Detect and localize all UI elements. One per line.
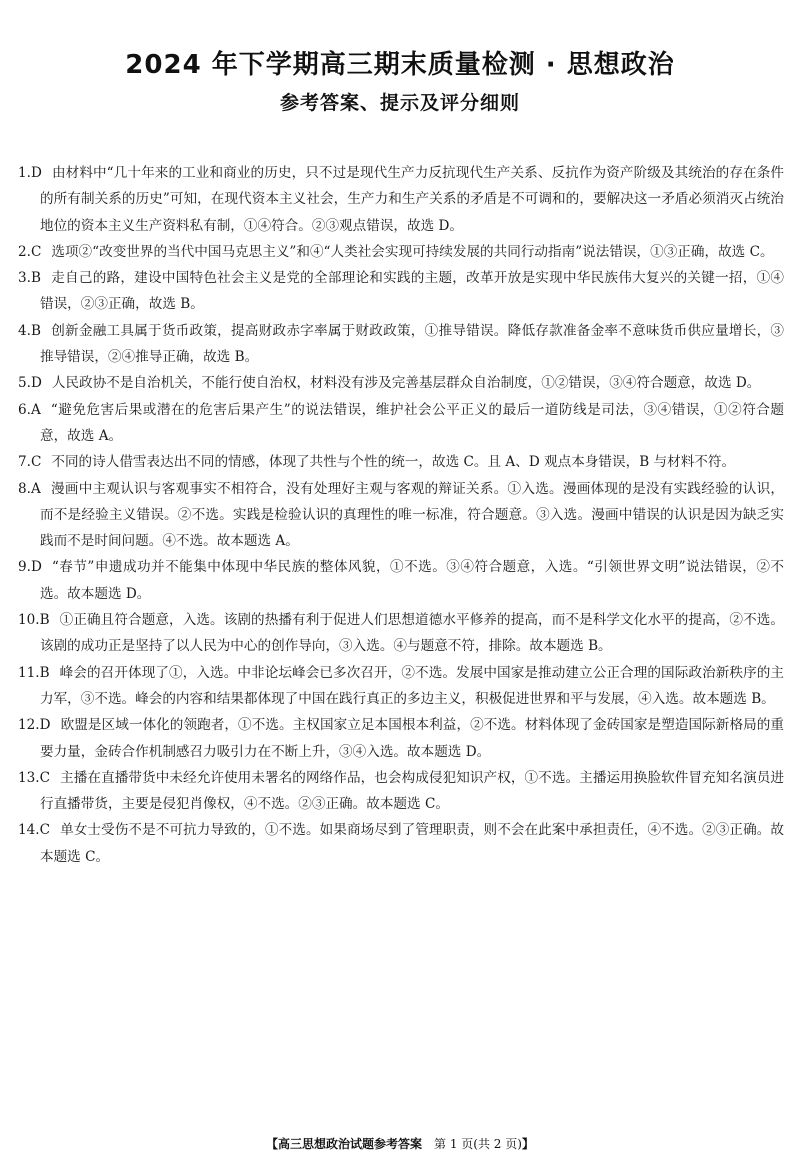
answer-item: 2.C选项②“改变世界的当代中国马克思主义”和④“人类社会实现可持续发展的共同行…: [18, 239, 784, 265]
answer-explanation: 峰会的召开体现了①，入选。中非论坛峰会已多次召开，②不选。发展中国家是推动建立公…: [40, 665, 784, 707]
answer-number: 12.D: [18, 712, 51, 738]
answer-item: 9.D“春节”申遗成功并不能集中体现中华民族的整体风貌，①不选。③④符合题意，入…: [18, 554, 784, 607]
answer-explanation: 人民政协不是自治机关，不能行使自治权，材料没有涉及完善基层群众自治制度，①②错误…: [52, 375, 761, 391]
answer-explanation: ①正确且符合题意，入选。该剧的热播有利于促进人们思想道德水平修养的提高，而不是科…: [40, 612, 784, 654]
answer-item: 8.A漫画中主观认识与客观事实不相符合，没有处理好主观与客观的辩证关系。①入选。…: [18, 476, 784, 555]
answer-number: 8.A: [18, 476, 41, 502]
answer-explanation: “春节”申遗成功并不能集中体现中华民族的整体风貌，①不选。③④符合题意，入选。“…: [40, 559, 784, 601]
answer-explanation: 主播在直播带货中未经允许使用未署名的网络作品，也会构成侵犯知识产权，①不选。主播…: [40, 770, 784, 812]
footer-bracket: 】: [522, 1137, 534, 1151]
answer-number: 1.D: [18, 160, 42, 186]
footer-label: 【高三思想政治试题参考答案: [266, 1137, 422, 1151]
answer-item: 10.B①正确且符合题意，入选。该剧的热播有利于促进人们思想道德水平修养的提高，…: [18, 607, 784, 660]
page-footer: 【高三思想政治试题参考答案第 1 页(共 2 页)】: [0, 1135, 800, 1152]
answer-number: 2.C: [18, 239, 41, 265]
answer-explanation: 不同的诗人借雪表达出不同的情感，体现了共性与个性的统一，故选 C。且 A、D 观…: [51, 454, 735, 470]
answer-number: 7.C: [18, 449, 41, 475]
page-title: 2024 年下学期高三期末质量检测 · 思想政治: [0, 44, 800, 81]
answer-number: 10.B: [18, 607, 50, 633]
answer-list: 1.D由材料中“几十年来的工业和商业的历史，只不过是现代生产力反抗现代生产关系、…: [18, 160, 784, 870]
page-subtitle: 参考答案、提示及评分细则: [0, 88, 800, 115]
answer-number: 11.B: [18, 660, 50, 686]
answer-explanation: 创新金融工具属于货币政策，提高财政赤字率属于财政政策，①推导错误。降低存款准备金…: [40, 323, 784, 365]
answer-explanation: 欧盟是区域一体化的领跑者，①不选。主权国家立足本国根本利益，②不选。材料体现了金…: [40, 717, 784, 759]
answer-explanation: 单女士受伤不是不可抗力导致的，①不选。如果商场尽到了管理职责，则不会在此案中承担…: [40, 822, 784, 864]
answer-item: 13.C主播在直播带货中未经允许使用未署名的网络作品，也会构成侵犯知识产权，①不…: [18, 765, 784, 818]
answer-number: 13.C: [18, 765, 50, 791]
answer-number: 3.B: [18, 265, 41, 291]
answer-item: 7.C不同的诗人借雪表达出不同的情感，体现了共性与个性的统一，故选 C。且 A、…: [18, 449, 784, 475]
answer-item: 5.D人民政协不是自治机关，不能行使自治权，材料没有涉及完善基层群众自治制度，①…: [18, 370, 784, 396]
answer-explanation: 由材料中“几十年来的工业和商业的历史，只不过是现代生产力反抗现代生产关系、反抗作…: [40, 165, 784, 234]
answer-number: 14.C: [18, 817, 50, 843]
answer-number: 6.A: [18, 397, 41, 423]
answer-item: 6.A“避免危害后果或潜在的危害后果产生”的说法错误，维护社会公平正义的最后一道…: [18, 397, 784, 450]
answer-item: 4.B创新金融工具属于货币政策，提高财政赤字率属于财政政策，①推导错误。降低存款…: [18, 318, 784, 371]
answer-item: 14.C单女士受伤不是不可抗力导致的，①不选。如果商场尽到了管理职责，则不会在此…: [18, 817, 784, 870]
answer-explanation: “避免危害后果或潜在的危害后果产生”的说法错误，维护社会公平正义的最后一道防线是…: [40, 402, 784, 444]
answer-item: 1.D由材料中“几十年来的工业和商业的历史，只不过是现代生产力反抗现代生产关系、…: [18, 160, 784, 239]
answer-item: 3.B走自己的路，建设中国特色社会主义是党的全部理论和实践的主题，改革开放是实现…: [18, 265, 784, 318]
answer-number: 9.D: [18, 554, 42, 580]
answer-explanation: 走自己的路，建设中国特色社会主义是党的全部理论和实践的主题，改革开放是实现中华民…: [40, 270, 784, 312]
answer-explanation: 漫画中主观认识与客观事实不相符合，没有处理好主观与客观的辩证关系。①入选。漫画体…: [40, 481, 784, 550]
answer-explanation: 选项②“改变世界的当代中国马克思主义”和④“人类社会实现可持续发展的共同行动指南…: [51, 244, 773, 260]
answer-item: 11.B峰会的召开体现了①，入选。中非论坛峰会已多次召开，②不选。发展中国家是推…: [18, 660, 784, 713]
answer-item: 12.D欧盟是区域一体化的领跑者，①不选。主权国家立足本国根本利益，②不选。材料…: [18, 712, 784, 765]
answer-number: 4.B: [18, 318, 41, 344]
answer-number: 5.D: [18, 370, 42, 396]
footer-page-number: 第 1 页(共 2 页): [434, 1137, 522, 1151]
